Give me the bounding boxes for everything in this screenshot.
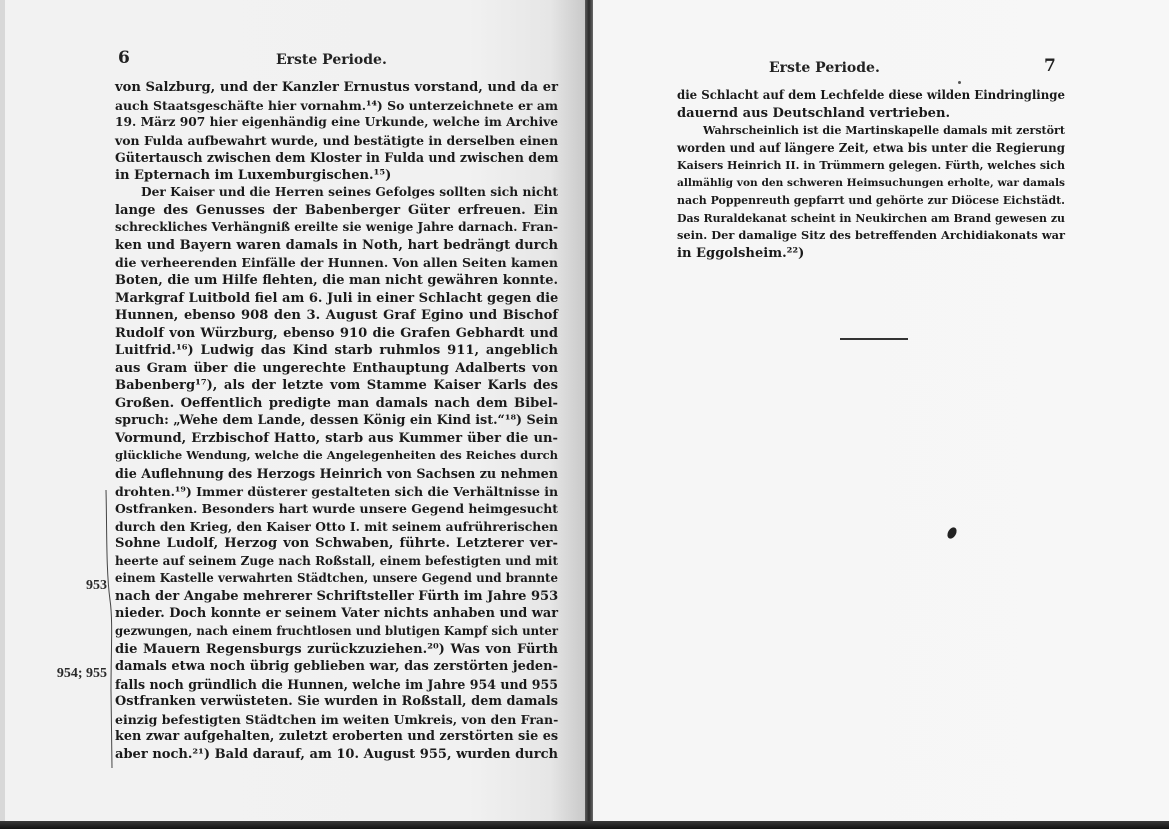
text-line: Rudolf von Würzburg, ebenso 910 die Graf… xyxy=(115,325,558,343)
text-line: 19. März 907 hier eigenhändig eine Urkun… xyxy=(115,114,558,132)
text-line: aus Gram über die ungerechte Enthauptung… xyxy=(115,360,558,378)
left-running-head: Erste Periode. xyxy=(276,52,387,68)
text-line: nach Poppenreuth gepfarrt und gehörte zu… xyxy=(677,192,1065,210)
book-spread: 6 Erste Periode. von Salzburg, und der K… xyxy=(0,0,1169,821)
text-line: in Eggolsheim.²²) xyxy=(677,245,1065,263)
right-body-text: die Schlacht auf dem Lechfelde diese wil… xyxy=(677,87,1065,262)
text-line: nieder. Doch konnte er seinem Vater nich… xyxy=(115,605,558,623)
text-line: heerte auf seinem Zuge nach Roßstall, ei… xyxy=(115,553,558,571)
text-line: Vormund, Erzbischof Hatto, starb aus Kum… xyxy=(115,430,558,448)
text-line: allmählig von den schweren Heimsuchungen… xyxy=(677,175,1065,193)
text-line: Boten, die um Hilfe flehten, die man nic… xyxy=(115,272,558,290)
text-line: dauernd aus Deutschland vertrieben. xyxy=(677,105,1065,123)
text-line: Ostfranken verwüsteten. Sie wurden in Ro… xyxy=(115,693,558,711)
text-line: falls noch gründlich die Hunnen, welche … xyxy=(115,676,558,694)
text-line: einzig befestigten Städtchen im weiten U… xyxy=(115,711,558,729)
text-line: die Mauern Regensburgs zurückzuziehen.²⁰… xyxy=(115,641,558,659)
margin-bracket-line xyxy=(104,490,114,768)
text-line: in Epternach im Luxemburgischen.¹⁵) xyxy=(115,167,558,185)
left-page-number: 6 xyxy=(118,48,130,68)
text-line: von Salzburg, und der Kanzler Ernustus v… xyxy=(115,79,558,97)
ink-dot-mark xyxy=(958,81,961,84)
text-line: ken und Bayern waren damals in Noth, har… xyxy=(115,237,558,255)
text-line: Luitfrid.¹⁶) Ludwig das Kind starb ruhml… xyxy=(115,342,558,360)
text-line: auch Staatsgeschäfte hier vornahm.¹⁴) So… xyxy=(115,97,558,115)
text-line: Großen. Oeffentlich predigte man damals … xyxy=(115,395,558,413)
text-line: Hunnen, ebenso 908 den 3. August Graf Eg… xyxy=(115,307,558,325)
book-gutter xyxy=(585,0,593,821)
margin-note-953: 953 xyxy=(35,578,107,594)
text-line: von Fulda aufbewahrt wurde, und bestätig… xyxy=(115,132,558,150)
text-line: schreckliches Verhängniß ereilte sie wen… xyxy=(115,219,558,237)
text-line: glückliche Wendung, welche die Angelegen… xyxy=(115,447,558,465)
margin-note-954-955: 954; 955 xyxy=(19,666,107,682)
text-line: Ostfranken. Besonders hart wurde unsere … xyxy=(115,500,558,518)
text-line: durch den Krieg, den Kaiser Otto I. mit … xyxy=(115,518,558,536)
text-line: gezwungen, nach einem fruchtlosen und bl… xyxy=(115,623,558,641)
text-line: einem Kastelle verwahrten Städtchen, uns… xyxy=(115,570,558,588)
text-line: die Schlacht auf dem Lechfelde diese wil… xyxy=(677,87,1065,105)
text-line: spruch: „Wehe dem Lande, dessen König ei… xyxy=(115,412,558,430)
text-line: Kaisers Heinrich II. in Trümmern gelegen… xyxy=(677,157,1065,175)
text-line: damals etwa noch übrig geblieben war, da… xyxy=(115,658,558,676)
text-line: Sohne Ludolf, Herzog von Schwaben, führt… xyxy=(115,535,558,553)
text-line: lange des Genusses der Babenberger Güter… xyxy=(115,202,558,220)
text-line: ken zwar aufgehalten, zuletzt eroberten … xyxy=(115,728,558,746)
right-running-head: Erste Periode. xyxy=(769,60,880,76)
text-line: Das Ruraldekanat scheint in Neukirchen a… xyxy=(677,210,1065,228)
paragraph-start-line: Wahrscheinlich ist die Martinskapelle da… xyxy=(677,122,1065,140)
text-line: Markgraf Luitbold fiel am 6. Juli in ein… xyxy=(115,290,558,308)
paragraph-start-line: Der Kaiser und die Herren seines Gefolge… xyxy=(115,184,558,202)
right-page-number: 7 xyxy=(1044,56,1056,76)
text-line: Gütertausch zwischen dem Kloster in Fuld… xyxy=(115,149,558,167)
text-line: die verheerenden Einfälle der Hunnen. Vo… xyxy=(115,254,558,272)
text-line: Babenberg¹⁷), als der letzte vom Stamme … xyxy=(115,377,558,395)
text-line: nach der Angabe mehrerer Schriftsteller … xyxy=(115,588,558,606)
text-line: sein. Der damalige Sitz des betreffenden… xyxy=(677,227,1065,245)
left-body-text: von Salzburg, und der Kanzler Ernustus v… xyxy=(115,79,558,763)
scanner-bottom-edge xyxy=(0,821,1169,829)
left-page: 6 Erste Periode. von Salzburg, und der K… xyxy=(0,0,585,821)
right-page: Erste Periode. 7 die Schlacht auf dem Le… xyxy=(593,0,1169,821)
text-line: worden und auf längere Zeit, etwa bis un… xyxy=(677,140,1065,158)
section-divider-rule xyxy=(840,338,908,340)
text-line: drohten.¹⁹) Immer düsterer gestalteten s… xyxy=(115,483,558,501)
text-line: die Auflehnung des Herzogs Heinrich von … xyxy=(115,465,558,483)
text-line: aber noch.²¹) Bald darauf, am 10. August… xyxy=(115,746,558,764)
